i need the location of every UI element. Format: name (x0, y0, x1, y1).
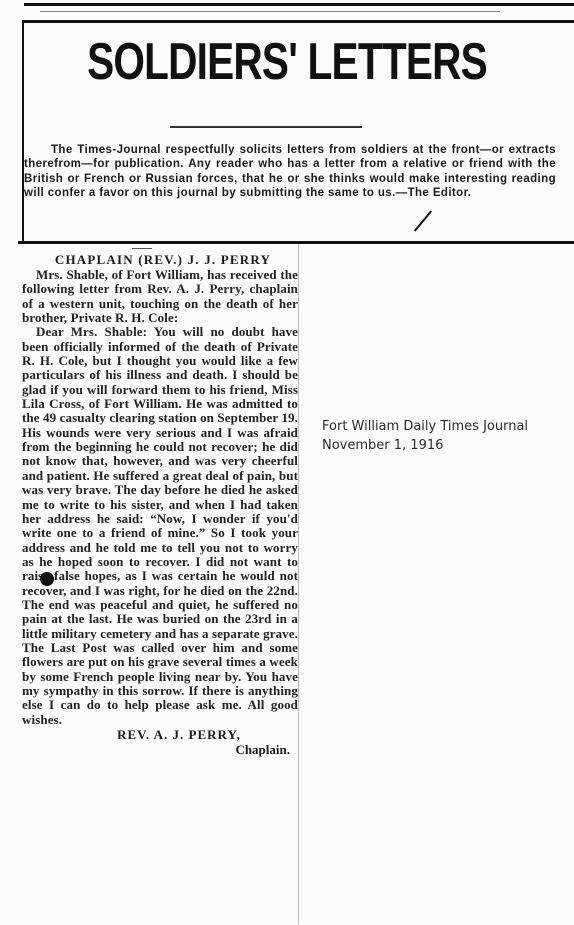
column-edge (298, 244, 299, 924)
box-left-border (22, 20, 24, 242)
article-lead: Mrs. Shable, of Fort William, has receiv… (22, 268, 298, 325)
ink-blot (40, 572, 54, 586)
top-thin-rule (40, 11, 500, 12)
article-title: CHAPLAIN (REV.) J. J. PERRY (28, 252, 298, 268)
top-rule (24, 3, 574, 6)
ink-mark (414, 210, 432, 231)
caption-date: November 1, 1916 (322, 436, 562, 455)
letter-text: Dear Mrs. Shable: You will no doubt have… (22, 325, 298, 727)
newspaper-clipping: SOLDIERS' LETTERS The Times-Journal resp… (0, 0, 574, 925)
signature: REV. A. J. PERRY, (20, 728, 298, 742)
source-caption: Fort William Daily Times Journal Novembe… (322, 417, 562, 455)
caption-source: Fort William Daily Times Journal (322, 417, 562, 436)
article: CHAPLAIN (REV.) J. J. PERRY Mrs. Shable,… (20, 252, 298, 757)
editor-notice: The Times-Journal respectfully solicits … (24, 143, 556, 200)
article-body: Mrs. Shable, of Fort William, has receiv… (20, 268, 298, 727)
headline: SOLDIERS' LETTERS (63, 32, 511, 92)
article-divider (132, 248, 152, 249)
signoff: Chaplain. (20, 742, 290, 757)
box-top-border (22, 20, 574, 23)
box-bottom-border (18, 241, 574, 244)
headline-divider (170, 126, 362, 128)
